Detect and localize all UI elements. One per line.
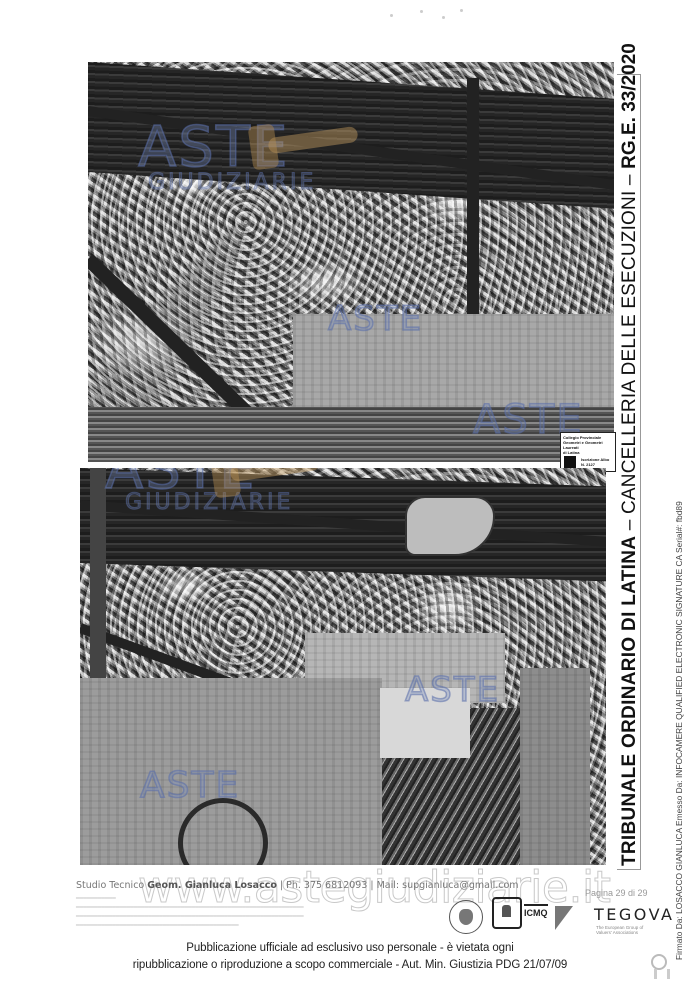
studio-label: Studio Tecnico [76,880,147,891]
stamp-logo-icon [564,456,576,468]
stamp-line: di Latina [563,450,613,455]
case-number: RG.E. 33/2020 [619,43,640,169]
photo-bottom: ASTE GIUDIZIARIE ASTE ASTE [80,468,606,865]
stamp-line: Geometri e Geometri Laureati [563,440,613,450]
separator: – [619,169,640,191]
publication-notice-line1: Pubblicazione ufficiale ad esclusivo uso… [0,942,700,954]
italian-emblem-seal-icon [449,900,483,934]
office-name: CANCELLERIA DELLE ESECUZIONI [619,191,640,514]
separator: – [619,514,640,536]
support-post [90,468,106,708]
photo-top: ASTE GIUDIZIARIE ASTE ASTE [88,62,614,462]
stamp-line: N. 2127 [581,462,613,467]
page-indicator: Pagina 29 di 29 [585,888,648,898]
scan-specks [380,6,470,24]
court-heading: TRIBUNALE ORDINARIO DI LATINA – CANCELLE… [618,71,642,866]
professional-stamp: Collegio Provinciale Geometri e Geometri… [560,432,616,472]
triangle-logo-icon [555,906,573,930]
tegova-logo: TEGOVA [594,905,674,924]
studio-details-line: ━━━━━━━━━━━━━━━━━━━━━━━━━━━━━━━━━━━━━━━━… [76,904,304,911]
watermark-giudiziarie: GIUDIZIARIE [125,490,293,515]
rosette-badge-icon [651,954,667,970]
publication-notice-line2: ripubblicazione o riproduzione a scopo c… [0,959,700,971]
tegova-tagline: The European Group of Valuers' Associati… [596,925,646,935]
digital-signature: Firmato Da: LOSACCO GIANLUCA Emesso Da: … [673,550,685,960]
icmq-logo: ICMQ [524,904,548,918]
watermark-giudiziarie: GIUDIZIARIE [148,170,316,195]
studio-details-line: ━━━━━━━━━━━━━━━━━━━━━━━━━━━━━━━━━━━━━━━━… [76,922,239,929]
watermark-aste: ASTE [405,673,500,707]
studio-name: Geom. Gianluca Losacco [147,880,277,891]
watermark-aste: ASTE [328,302,423,336]
studio-contacts: | Ph. 375 6812093 | Mail: supgianluca@gm… [277,880,519,891]
court-name: TRIBUNALE ORDINARIO DI LATINA [619,536,640,866]
side-wall [520,668,590,865]
certification-logo-icon [492,897,522,929]
studio-details-line: ━━━━━━━━━━━ [76,895,116,902]
studio-info: Studio Tecnico Geom. Gianluca Losacco | … [76,880,519,891]
studio-details-line: ━━━━━━━━━━━━━━━━━━━━━━━━━━━━━━━━━━━━━━━━… [76,913,304,920]
watermark-aste: ASTE [140,768,240,804]
